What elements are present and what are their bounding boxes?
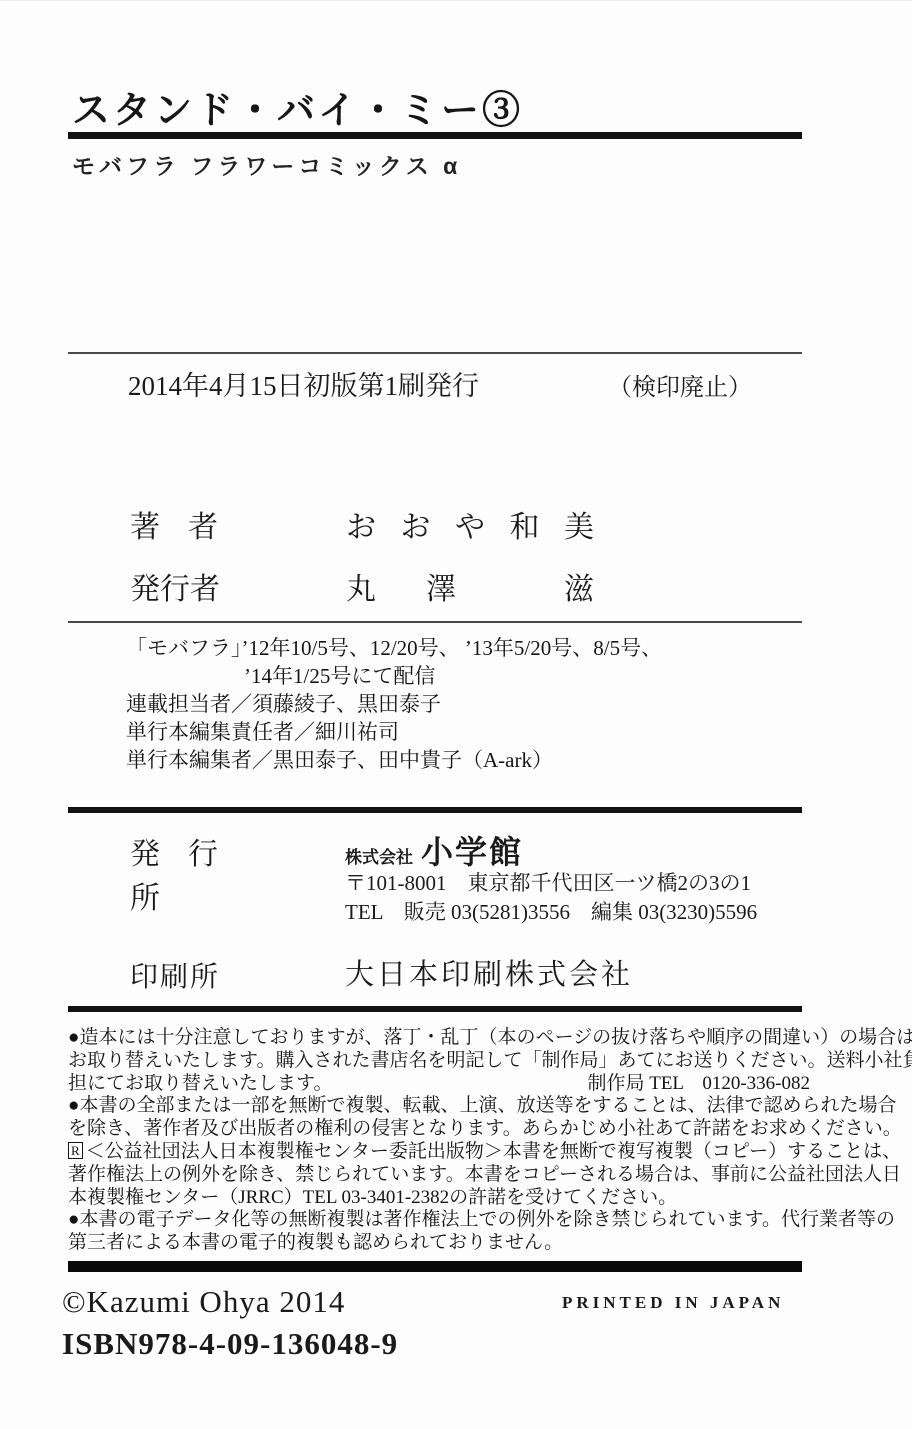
serial-editor-line: 連載担当者／須藤綾子、黒田泰子 xyxy=(126,690,662,718)
serialization-issues-line: 「モバフラ」’12年10/5号、12/20号、 ’13年5/20号、8/5号、 xyxy=(126,634,662,662)
series-imprint: モバフラ フラワーコミックス α xyxy=(72,148,461,181)
title-underline-rule xyxy=(68,132,802,139)
legal-jrrc-line-2: 著作権法上の例外を除き、禁じられています。本書をコピーされる場合は、事前に公益社… xyxy=(68,1164,810,1187)
printer-name: 大日本印刷株式会社 xyxy=(345,952,633,993)
legal-binding-line-3-text: 担にてお取り替えいたします。 xyxy=(68,1073,332,1096)
printer-label: 印刷所 xyxy=(130,955,218,995)
legal-digital-line-1: ●本書の電子データ化等の無断複製は著作権法上での例外を除き禁じられています。代行… xyxy=(68,1209,810,1232)
legal-jrrc-line-1: R＜公益社団法人日本複製権センター委託出版物＞本書を無断で複写複製（コピー）する… xyxy=(68,1141,810,1164)
serialization-block: 「モバフラ」’12年10/5号、12/20号、 ’13年5/20号、8/5号、 … xyxy=(126,634,662,774)
company-prefix: 株式会社 xyxy=(345,848,413,867)
legal-binding-line-2: お取り替えいたします。購入された書店名を明記して「制作局」あてにお送りください。… xyxy=(68,1050,810,1073)
postal-address: 〒101-8001 東京都千代田区一ツ橋2の3の1 xyxy=(345,867,751,897)
author-label: 著 者 xyxy=(130,502,218,546)
legal-binding-line-1: ●造本には十分注意しておりますが、落丁・乱丁（本のページの抜け落ちや順序の間違い… xyxy=(68,1027,810,1050)
publishing-house-label: 発行所 xyxy=(130,829,218,917)
publisher-label: 発行者 xyxy=(130,564,218,608)
legal-copy-line-1: ●本書の全部または一部を無断で複製、転載、上演、放送等をすることは、法律で認めら… xyxy=(68,1095,810,1118)
legal-jrrc-line-3: 本複製権センター（JRRC）TEL 03-3401-2382の許諾を受けてくださ… xyxy=(68,1187,810,1210)
production-bureau-tel: 制作局 TEL 0120-336-082 xyxy=(587,1073,810,1096)
legal-copy-line-2: を除き、著作者及び出版者の権利の侵害となります。あらかじめ小社あて許諾をお求めく… xyxy=(68,1118,810,1141)
bottom-heavy-rule xyxy=(68,1261,802,1272)
divider-rule-top xyxy=(68,352,802,354)
divider-rule-publisher xyxy=(68,807,802,813)
copyright-notice: ©Kazumi Ohya 2014 xyxy=(62,1284,345,1320)
jrrc-boxed-r-mark: R xyxy=(68,1142,83,1159)
legal-binding-line-3: 担にてお取り替えいたします。 制作局 TEL 0120-336-082 xyxy=(68,1073,810,1096)
inspection-abolished-note: （検印廃止） xyxy=(608,367,752,402)
volume-editors-line: 単行本編集者／黒田泰子、田中貴子（A-ark） xyxy=(126,746,662,774)
publisher-name: 丸澤 滋 xyxy=(346,564,594,608)
author-name: おおや和美 xyxy=(346,502,594,546)
legal-notice-block: ●造本には十分注意しておりますが、落丁・乱丁（本のページの抜け落ちや順序の間違い… xyxy=(68,1027,810,1255)
colophon-page: スタンド・バイ・ミー③ モバフラ フラワーコミックス α 2014年4月15日初… xyxy=(0,0,912,1429)
serialization-issues-line-2: ’14年1/25号にて配信 xyxy=(126,662,662,690)
divider-rule-credits xyxy=(68,621,802,623)
volume-chief-editor-line: 単行本編集責任者／細川祐司 xyxy=(126,718,662,746)
legal-digital-line-2: 第三者による本書の電子的複製も認められておりません。 xyxy=(68,1232,810,1255)
printed-in-japan: PRINTED IN JAPAN xyxy=(562,1293,784,1313)
divider-rule-legal xyxy=(68,1006,802,1012)
legal-jrrc-line-1-text: ＜公益社団法人日本複製権センター委託出版物＞本書を無断で複写複製（コピー）するこ… xyxy=(86,1141,901,1162)
phone-numbers: TEL 販売 03(5281)3556 編集 03(3230)5596 xyxy=(345,896,757,926)
isbn-number: ISBN978-4-09-136048-9 xyxy=(62,1326,398,1362)
page-title: スタンド・バイ・ミー③ xyxy=(72,79,523,134)
edition-date-line: 2014年4月15日初版第1刷発行 xyxy=(128,364,479,403)
company-name: 小学館 xyxy=(421,834,523,870)
